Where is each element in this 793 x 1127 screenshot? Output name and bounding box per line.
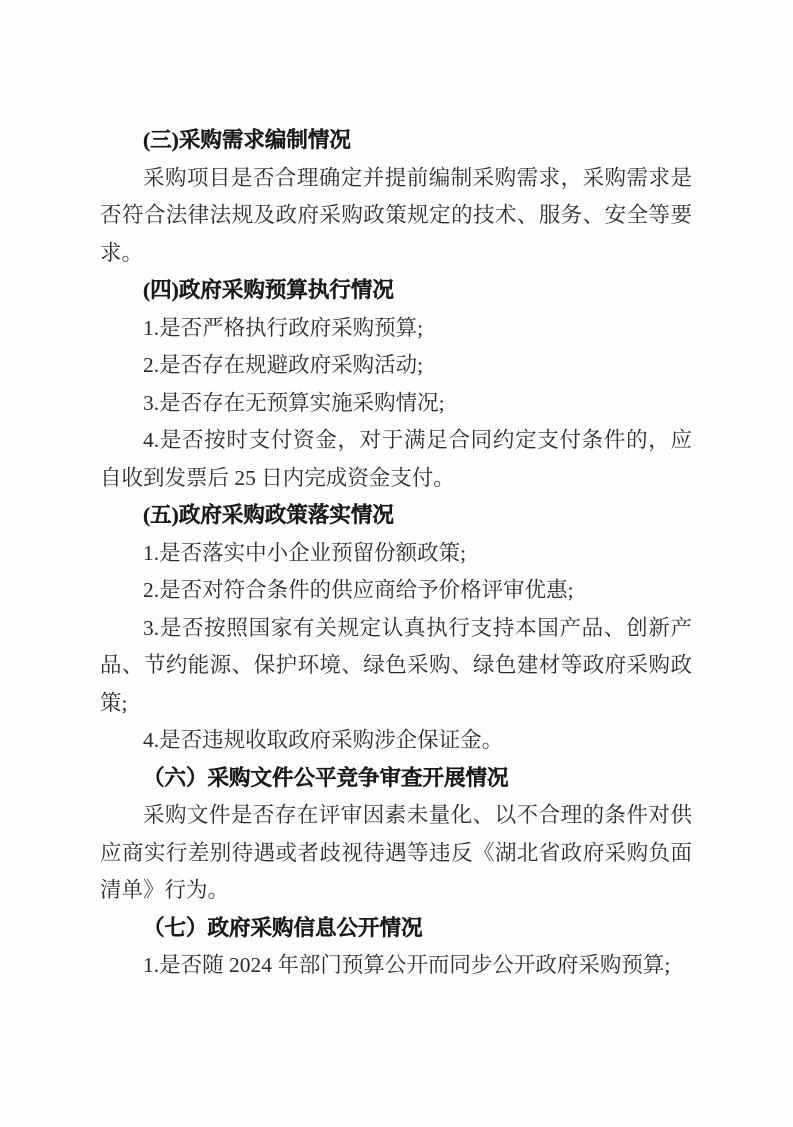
section-heading: （七）政府采购信息公开情况 <box>100 910 692 948</box>
body-paragraph: 1.是否随 2024 年部门预算公开而同步公开政府采购预算; <box>100 947 692 985</box>
body-paragraph: 采购项目是否合理确定并提前编制采购需求，采购需求是否符合法律法规及政府采购政策规… <box>100 160 692 273</box>
body-paragraph: 4.是否违规收取政府采购涉企保证金。 <box>100 722 692 760</box>
body-paragraph: 1.是否严格执行政府采购预算; <box>100 310 692 348</box>
body-paragraph: 1.是否落实中小企业预留份额政策; <box>100 535 692 573</box>
body-paragraph: 4.是否按时支付资金，对于满足合同约定支付条件的，应自收到发票后 25 日内完成… <box>100 422 692 497</box>
section-heading: (四)政府采购预算执行情况 <box>100 272 692 310</box>
body-paragraph: 2.是否对符合条件的供应商给予价格评审优惠; <box>100 572 692 610</box>
body-paragraph: 2.是否存在规避政府采购活动; <box>100 347 692 385</box>
section-heading: (五)政府采购政策落实情况 <box>100 497 692 535</box>
scanned-document-page: (三)采购需求编制情况采购项目是否合理确定并提前编制采购需求，采购需求是否符合法… <box>0 0 793 1127</box>
body-paragraph: 3.是否存在无预算实施采购情况; <box>100 385 692 423</box>
section-heading: （六）采购文件公平竞争审查开展情况 <box>100 760 692 798</box>
body-paragraph: 3.是否按照国家有关规定认真执行支持本国产品、创新产品、节约能源、保护环境、绿色… <box>100 610 692 723</box>
document-text-block: (三)采购需求编制情况采购项目是否合理确定并提前编制采购需求，采购需求是否符合法… <box>100 122 692 985</box>
body-paragraph: 采购文件是否存在评审因素未量化、以不合理的条件对供应商实行差别待遇或者歧视待遇等… <box>100 797 692 910</box>
section-heading: (三)采购需求编制情况 <box>100 122 692 160</box>
